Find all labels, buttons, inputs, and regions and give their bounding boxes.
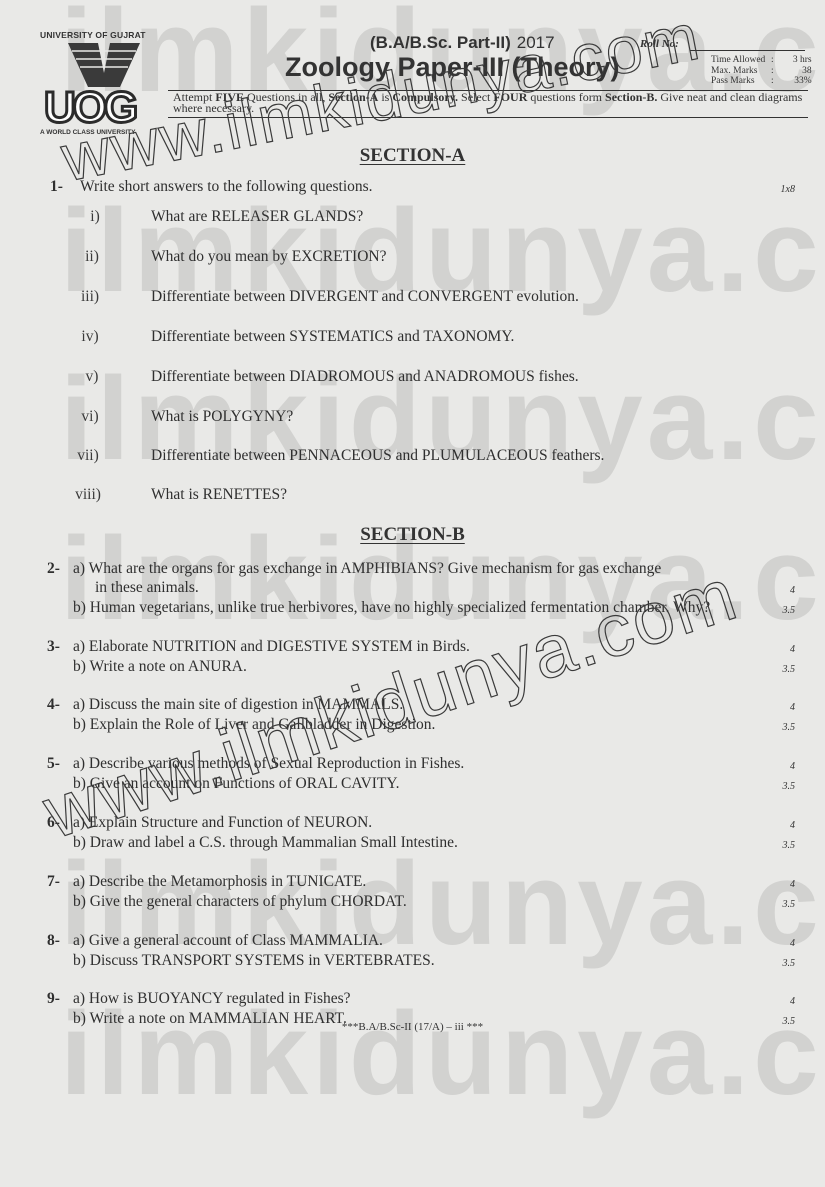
question-number: 8- — [47, 932, 60, 950]
question-number: 4- — [47, 696, 60, 714]
short-question: What do you mean by EXCRETION? — [151, 248, 386, 266]
meta-label: Time Allowed — [711, 55, 771, 66]
question-part-a: a) Describe the Metamorphosis in TUNICAT… — [73, 873, 366, 891]
short-question: What is POLYGYNY? — [151, 408, 293, 426]
instr-bold: Section-B. — [605, 90, 657, 104]
marks-part-b: 3.5 — [783, 840, 796, 851]
short-question: Differentiate between SYSTEMATICS and TA… — [151, 328, 514, 346]
marks-part-b: 3.5 — [783, 899, 796, 910]
short-question: Differentiate between DIADROMOUS and ANA… — [151, 368, 579, 386]
roll-number-field[interactable] — [690, 50, 805, 51]
logo-chevron-icon — [68, 43, 140, 87]
marks-part-b: 3.5 — [783, 781, 796, 792]
item-number: v) — [72, 368, 112, 386]
marks-part-a: 4 — [790, 761, 795, 772]
question-number: 3- — [47, 638, 60, 656]
marks-part-a: 4 — [790, 820, 795, 831]
pass-marks: 33% — [774, 76, 812, 87]
marks-part-b: 3.5 — [783, 958, 796, 969]
marks-part-a: 4 — [790, 938, 795, 949]
exam-paper: ilmkidunya.com ilmkidunya.com ilmkidunya… — [0, 0, 825, 1187]
question-part-b: b) Write a note on ANURA. — [73, 658, 247, 676]
short-question: What is RENETTES? — [151, 486, 287, 504]
item-number: viii) — [68, 486, 108, 504]
item-number: iii) — [70, 288, 110, 306]
meta-label: Pass Marks — [711, 76, 771, 87]
section-a-marks: 1x8 — [781, 184, 795, 195]
item-number: ii) — [72, 248, 112, 266]
marks-part-b: 3.5 — [783, 664, 796, 675]
time-allowed: 3 hrs — [774, 55, 812, 66]
short-question: Differentiate between PENNACEOUS and PLU… — [151, 447, 604, 465]
question-part-b: b) Discuss TRANSPORT SYSTEMS in VERTEBRA… — [73, 952, 435, 970]
marks-part-a: 4 — [790, 585, 795, 596]
short-question: What are RELEASER GLANDS? — [151, 208, 363, 226]
question-part-a-continued: in these animals. — [95, 579, 199, 597]
item-number: vii) — [68, 447, 108, 465]
marks-part-b: 3.5 — [783, 722, 796, 733]
question-part-a: a) Give a general account of Class MAMMA… — [73, 932, 383, 950]
question-part-b: b) Give the general characters of phylum… — [73, 893, 407, 911]
question-part-b: b) Draw and label a C.S. through Mammali… — [73, 834, 458, 852]
university-name: UNIVERSITY OF GUJRAT — [40, 30, 180, 40]
question-part-a: a) How is BUOYANCY regulated in Fishes? — [73, 990, 351, 1008]
exam-meta: Time Allowed:3 hrs Max. Marks:38 Pass Ma… — [711, 55, 812, 87]
meta-label: Max. Marks — [711, 66, 771, 77]
marks-part-b: 3.5 — [783, 605, 796, 616]
marks-part-a: 4 — [790, 702, 795, 713]
item-number: iv) — [70, 328, 110, 346]
short-question: Differentiate between DIVERGENT and CONV… — [151, 288, 579, 306]
max-marks: 38 — [774, 66, 812, 77]
page-footer: ***B.A/B.Sc-II (17/A) – iii *** — [0, 1021, 825, 1033]
item-number: i) — [75, 208, 115, 226]
marks-part-a: 4 — [790, 879, 795, 890]
question-number: 1- — [50, 178, 63, 196]
question-number: 7- — [47, 873, 60, 891]
question-number: 2- — [47, 560, 60, 578]
marks-part-a: 4 — [790, 996, 795, 1007]
item-number: vi) — [70, 408, 110, 426]
question-part-a: a) What are the organs for gas exchange … — [73, 560, 661, 578]
question-number: 9- — [47, 990, 60, 1008]
section-b-heading: SECTION-B — [0, 524, 825, 546]
marks-part-a: 4 — [790, 644, 795, 655]
